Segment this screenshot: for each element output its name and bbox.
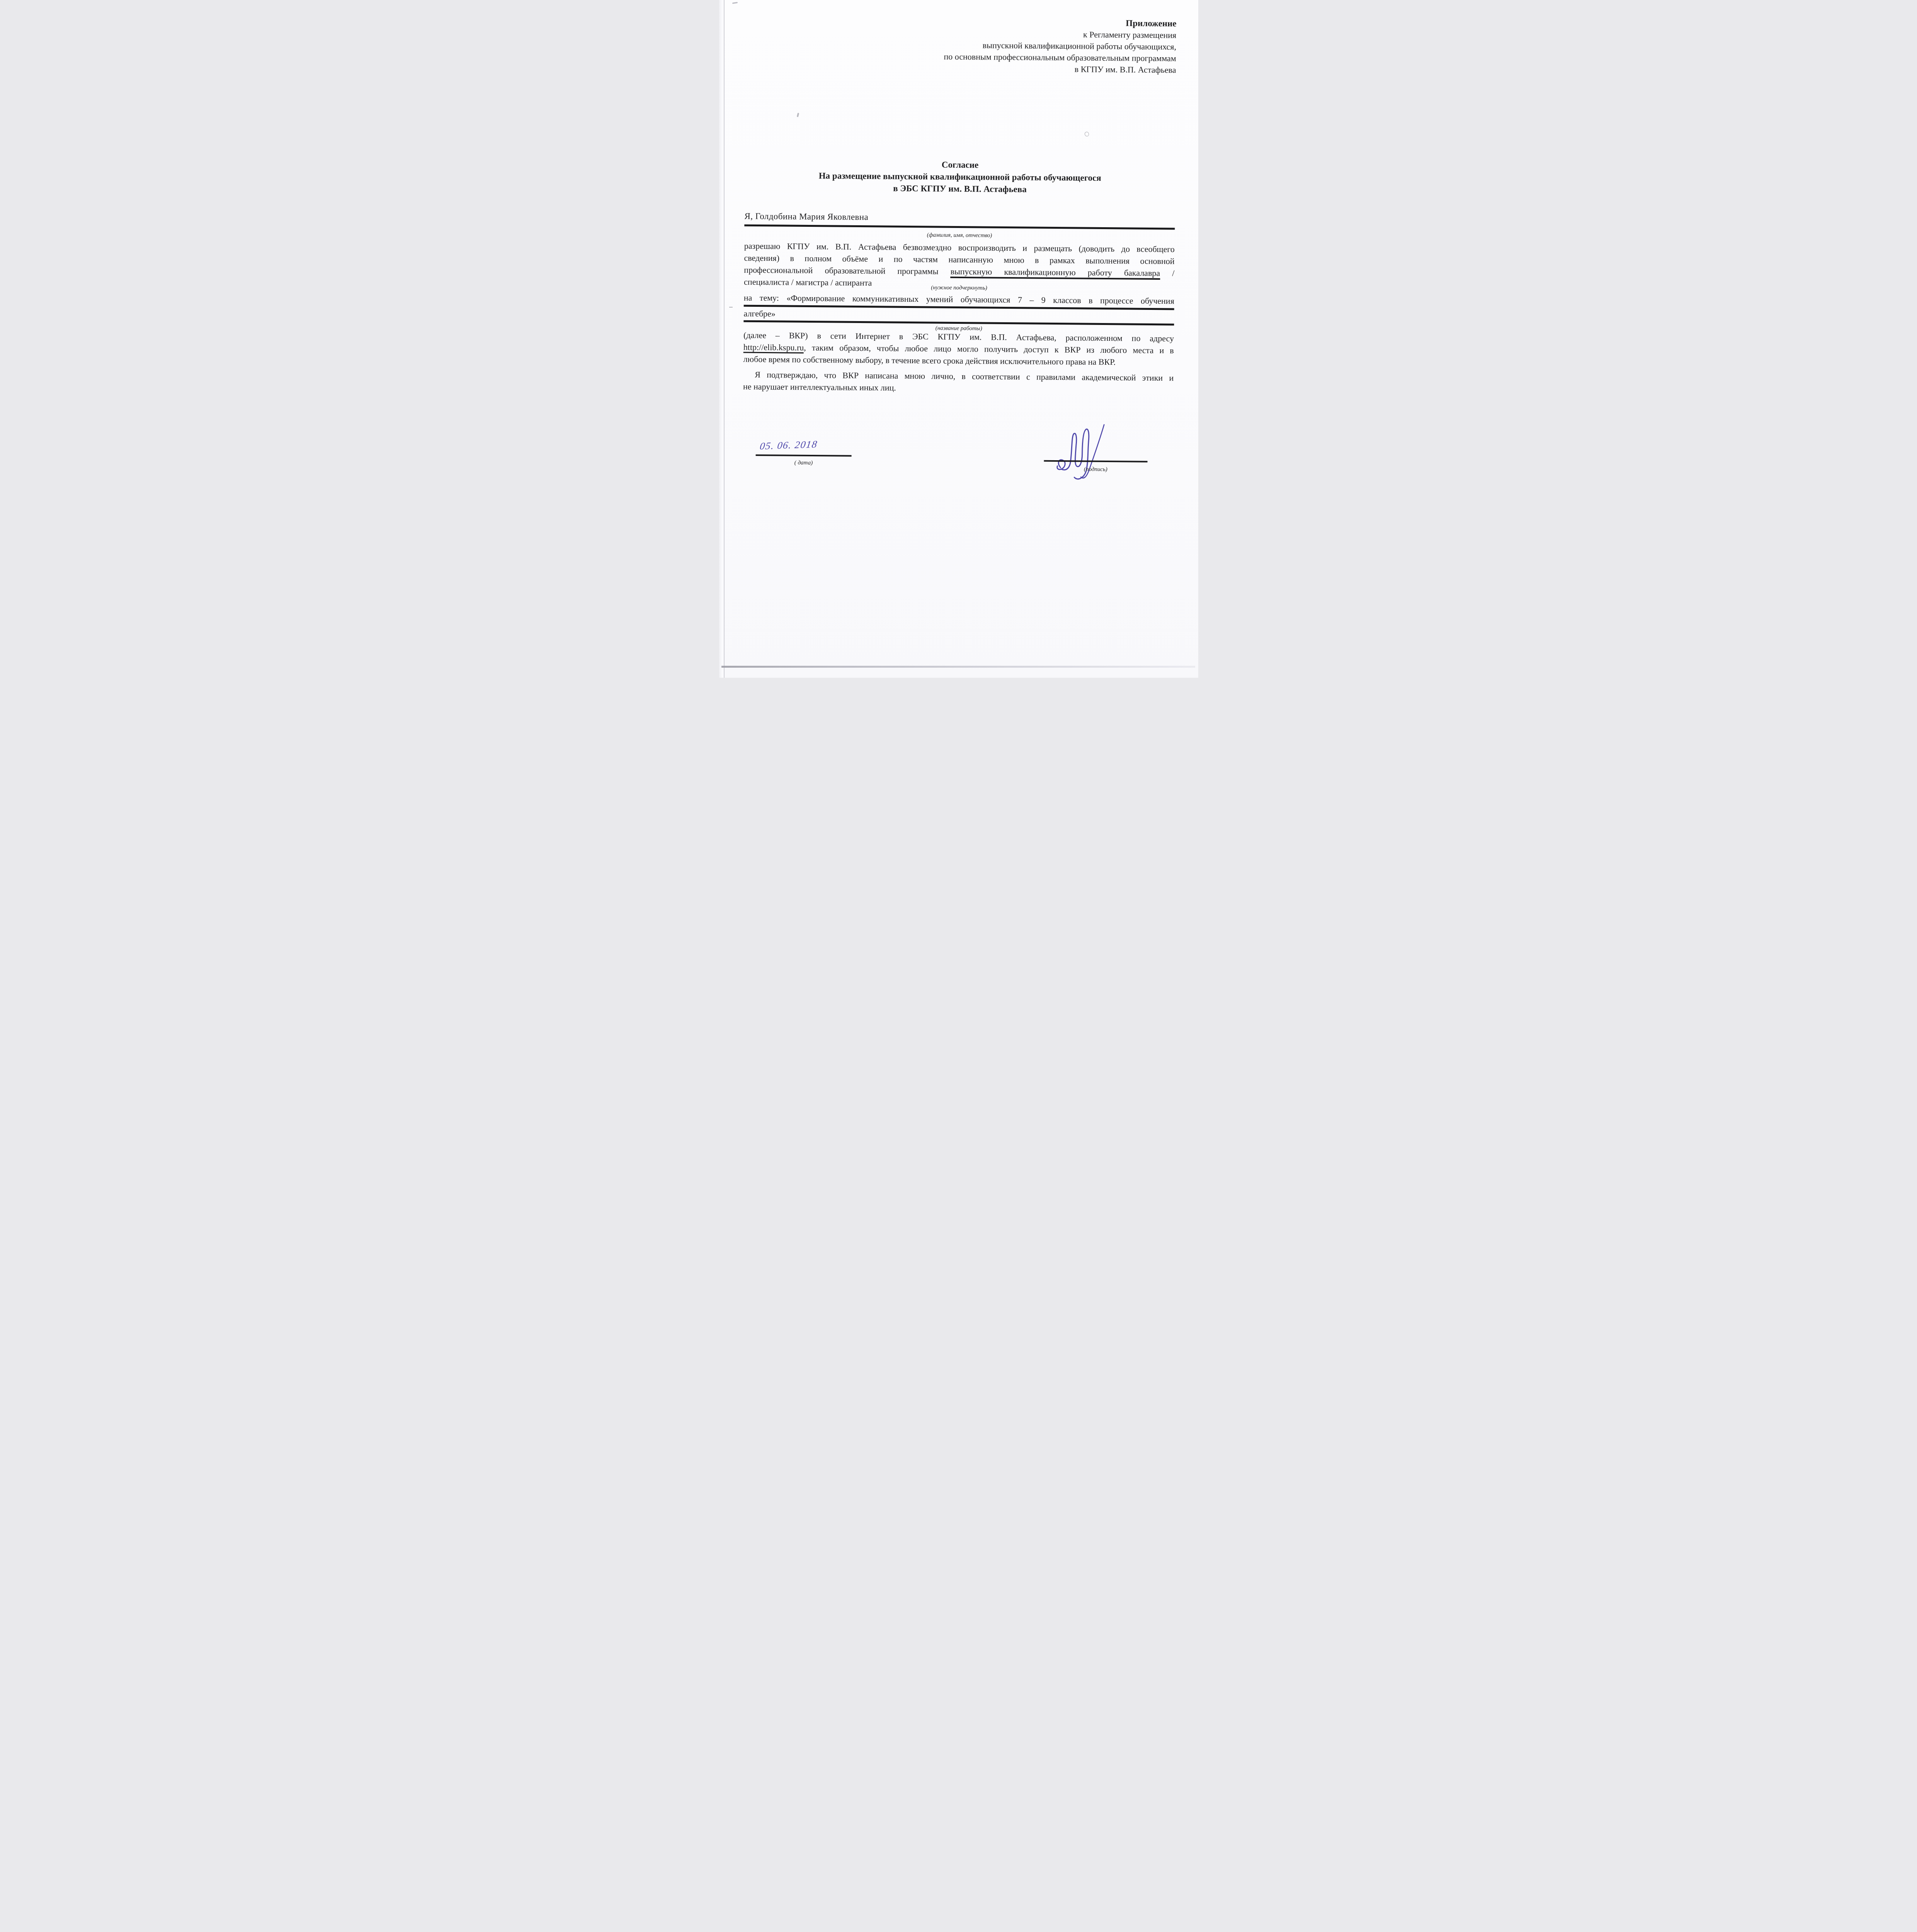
ruled-line-name (744, 224, 1175, 230)
underlined-degree-choice: выпускную квалификационную работу бакала… (950, 267, 1160, 280)
caption-fio: (фамилия, имя, отчество) (744, 231, 1175, 241)
thesis-topic-line-1: на тему: «Формирование коммуникативных у… (743, 293, 1174, 306)
text-segment: профессиональной образовательной програм… (744, 265, 951, 276)
text-segment: / (1160, 268, 1174, 278)
scanned-document-page: Приложение к Регламенту размещения выпус… (719, 0, 1198, 678)
paragraph-confirmation: Я подтверждаю, что ВКР написана мною лич… (743, 369, 1173, 396)
document-content: Приложение к Регламенту размещения выпус… (719, 0, 1198, 678)
elib-url: http://elib.kspu.ru (743, 342, 804, 354)
paragraph-access: (далее – ВКР) в сети Интернет в ЭБС КГПУ… (743, 329, 1174, 369)
handwritten-date: 05. 06. 2018 (759, 439, 818, 452)
ruled-line-date (755, 454, 851, 457)
thesis-topic-line-2: алгебре» (743, 309, 1174, 322)
document-title: Согласие На размещение выпускной квалифи… (744, 157, 1175, 197)
caption-signature: (подпись) (1044, 466, 1147, 473)
text-segment: , таким образом, чтобы любое лицо могло … (804, 343, 1174, 355)
applicant-name: Я, Голдобина Мария Яковлевна (744, 211, 1175, 225)
caption-date: ( дата) (755, 459, 851, 467)
document-header: Приложение к Регламенту размещения выпус… (745, 15, 1176, 76)
